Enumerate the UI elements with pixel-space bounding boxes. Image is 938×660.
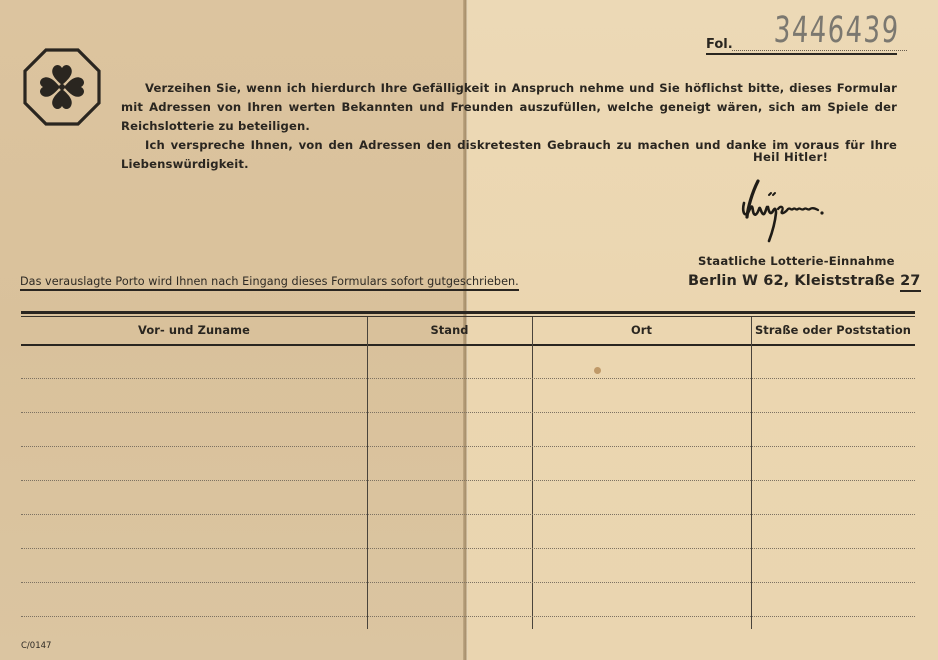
folio-handwritten-number: 3446439 bbox=[773, 10, 901, 51]
column-header-occupation: Stand bbox=[367, 323, 532, 337]
postage-note: Das verauslagte Porto wird Ihnen nach Ei… bbox=[20, 275, 519, 291]
table-row-line[interactable] bbox=[21, 378, 915, 379]
table-top-rule-thin bbox=[21, 316, 915, 317]
table-row-line[interactable] bbox=[21, 480, 915, 481]
letter-greeting: Heil Hitler! bbox=[753, 150, 828, 164]
table-header-rule bbox=[21, 344, 915, 346]
paper-stain bbox=[594, 367, 601, 374]
sender-address: Berlin W 62, Kleiststraße 27 bbox=[688, 273, 921, 289]
form-code: C/0147 bbox=[21, 641, 51, 651]
table-row-line[interactable] bbox=[21, 582, 915, 583]
column-header-name: Vor- und Zuname bbox=[21, 323, 367, 337]
sender-name: Staatliche Lotterie-Einnahme bbox=[698, 254, 895, 268]
four-leaf-clover-octagon-icon bbox=[22, 47, 102, 127]
handwritten-signature-icon bbox=[738, 173, 848, 248]
folio-label: Fol. bbox=[706, 37, 733, 52]
table-row-line[interactable] bbox=[21, 412, 915, 413]
letter-paragraph-1: Verzeihen Sie, wenn ich hierdurch Ihre G… bbox=[121, 79, 897, 136]
sender-address-street: Berlin W 62, Kleiststraße bbox=[688, 273, 900, 289]
column-header-street: Straße oder Poststation bbox=[751, 323, 915, 337]
table-row-line[interactable] bbox=[21, 446, 915, 447]
folio-underline bbox=[706, 53, 897, 55]
table-top-rule bbox=[21, 311, 915, 314]
table-row-line[interactable] bbox=[21, 548, 915, 549]
table-row-line[interactable] bbox=[21, 514, 915, 515]
column-header-town: Ort bbox=[532, 323, 751, 337]
table-row-line[interactable] bbox=[21, 616, 915, 617]
sender-address-house-number: 27 bbox=[900, 273, 920, 292]
address-form-table: Vor- und Zuname Stand Ort Straße oder Po… bbox=[21, 311, 915, 631]
